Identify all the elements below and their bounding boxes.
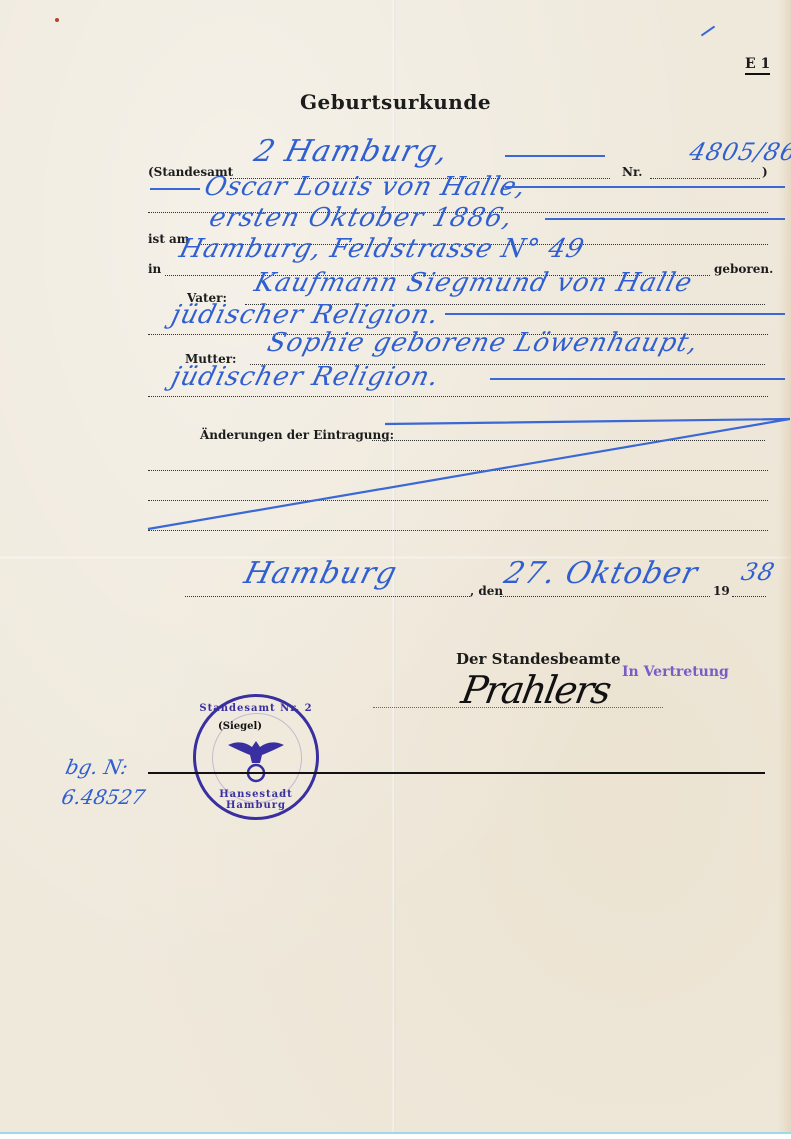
nr-label: Nr.: [622, 165, 642, 179]
filler-stroke: [490, 378, 785, 380]
filler-stroke: [505, 186, 785, 188]
issue-date: 27. Oktober: [501, 556, 702, 591]
document-title: Geburtsurkunde: [0, 90, 791, 114]
strike-through-z: [140, 415, 790, 535]
standesamt-value: 2 Hamburg,: [251, 134, 452, 169]
official-title: Der Standesbeamte: [456, 650, 621, 668]
signature: Prahlers: [458, 668, 613, 712]
filler-stroke: [545, 218, 785, 220]
form-code: E 1: [745, 56, 770, 75]
mother-value-line1: Sophie geborene Löwenhaupt,: [264, 328, 701, 358]
pob-label: in: [148, 262, 161, 276]
nr-close-paren: ): [762, 165, 768, 179]
seal-top-text: Standesamt Nr. 2: [196, 703, 316, 714]
year-suffix: 38: [739, 558, 779, 586]
filler-stroke: [445, 313, 785, 315]
paper-edge: [778, 0, 791, 1139]
geboren-label: geboren.: [714, 262, 773, 276]
in-vertretung-stamp: In Vertretung: [622, 664, 729, 680]
father-value-line2: jüdischer Religion.: [168, 300, 442, 330]
issue-date-line: [500, 596, 710, 597]
eagle-emblem-icon: [226, 733, 286, 783]
nr-value: 4805/86: [687, 138, 791, 166]
registry-line: [148, 772, 765, 774]
filler-stroke: [150, 188, 200, 190]
year-prefix: 19: [713, 584, 730, 598]
den-label: , den: [470, 584, 503, 598]
seal-bottom-text: Hansestadt Hamburg: [196, 789, 316, 811]
issue-place: Hamburg: [241, 556, 401, 591]
margin-note-line2: 6.48527: [59, 785, 147, 809]
name-value: Oscar Louis von Halle,: [201, 172, 529, 202]
signature-line: [373, 707, 663, 708]
issue-place-line: [185, 596, 470, 597]
year-line: [732, 596, 766, 597]
father-value-line1: Kaufmann Siegmund von Halle: [251, 268, 695, 298]
filler-stroke: [505, 155, 605, 157]
margin-note-line1: bg. N:: [63, 755, 130, 779]
check-mark: [701, 26, 715, 37]
pob-value: Hamburg, Feldstrasse N° 49: [176, 234, 587, 264]
scan-edge: [0, 1132, 791, 1139]
mother-line-2: [148, 396, 768, 397]
ink-speck: [55, 18, 59, 22]
seal-center-text: (Siegel): [218, 721, 262, 732]
dob-value: ersten Oktober 1886,: [206, 203, 516, 233]
mother-value-line2: jüdischer Religion.: [168, 362, 442, 392]
nr-line: [650, 178, 760, 179]
official-seal: Standesamt Nr. 2 (Siegel) Hansestadt Ham…: [193, 694, 319, 820]
